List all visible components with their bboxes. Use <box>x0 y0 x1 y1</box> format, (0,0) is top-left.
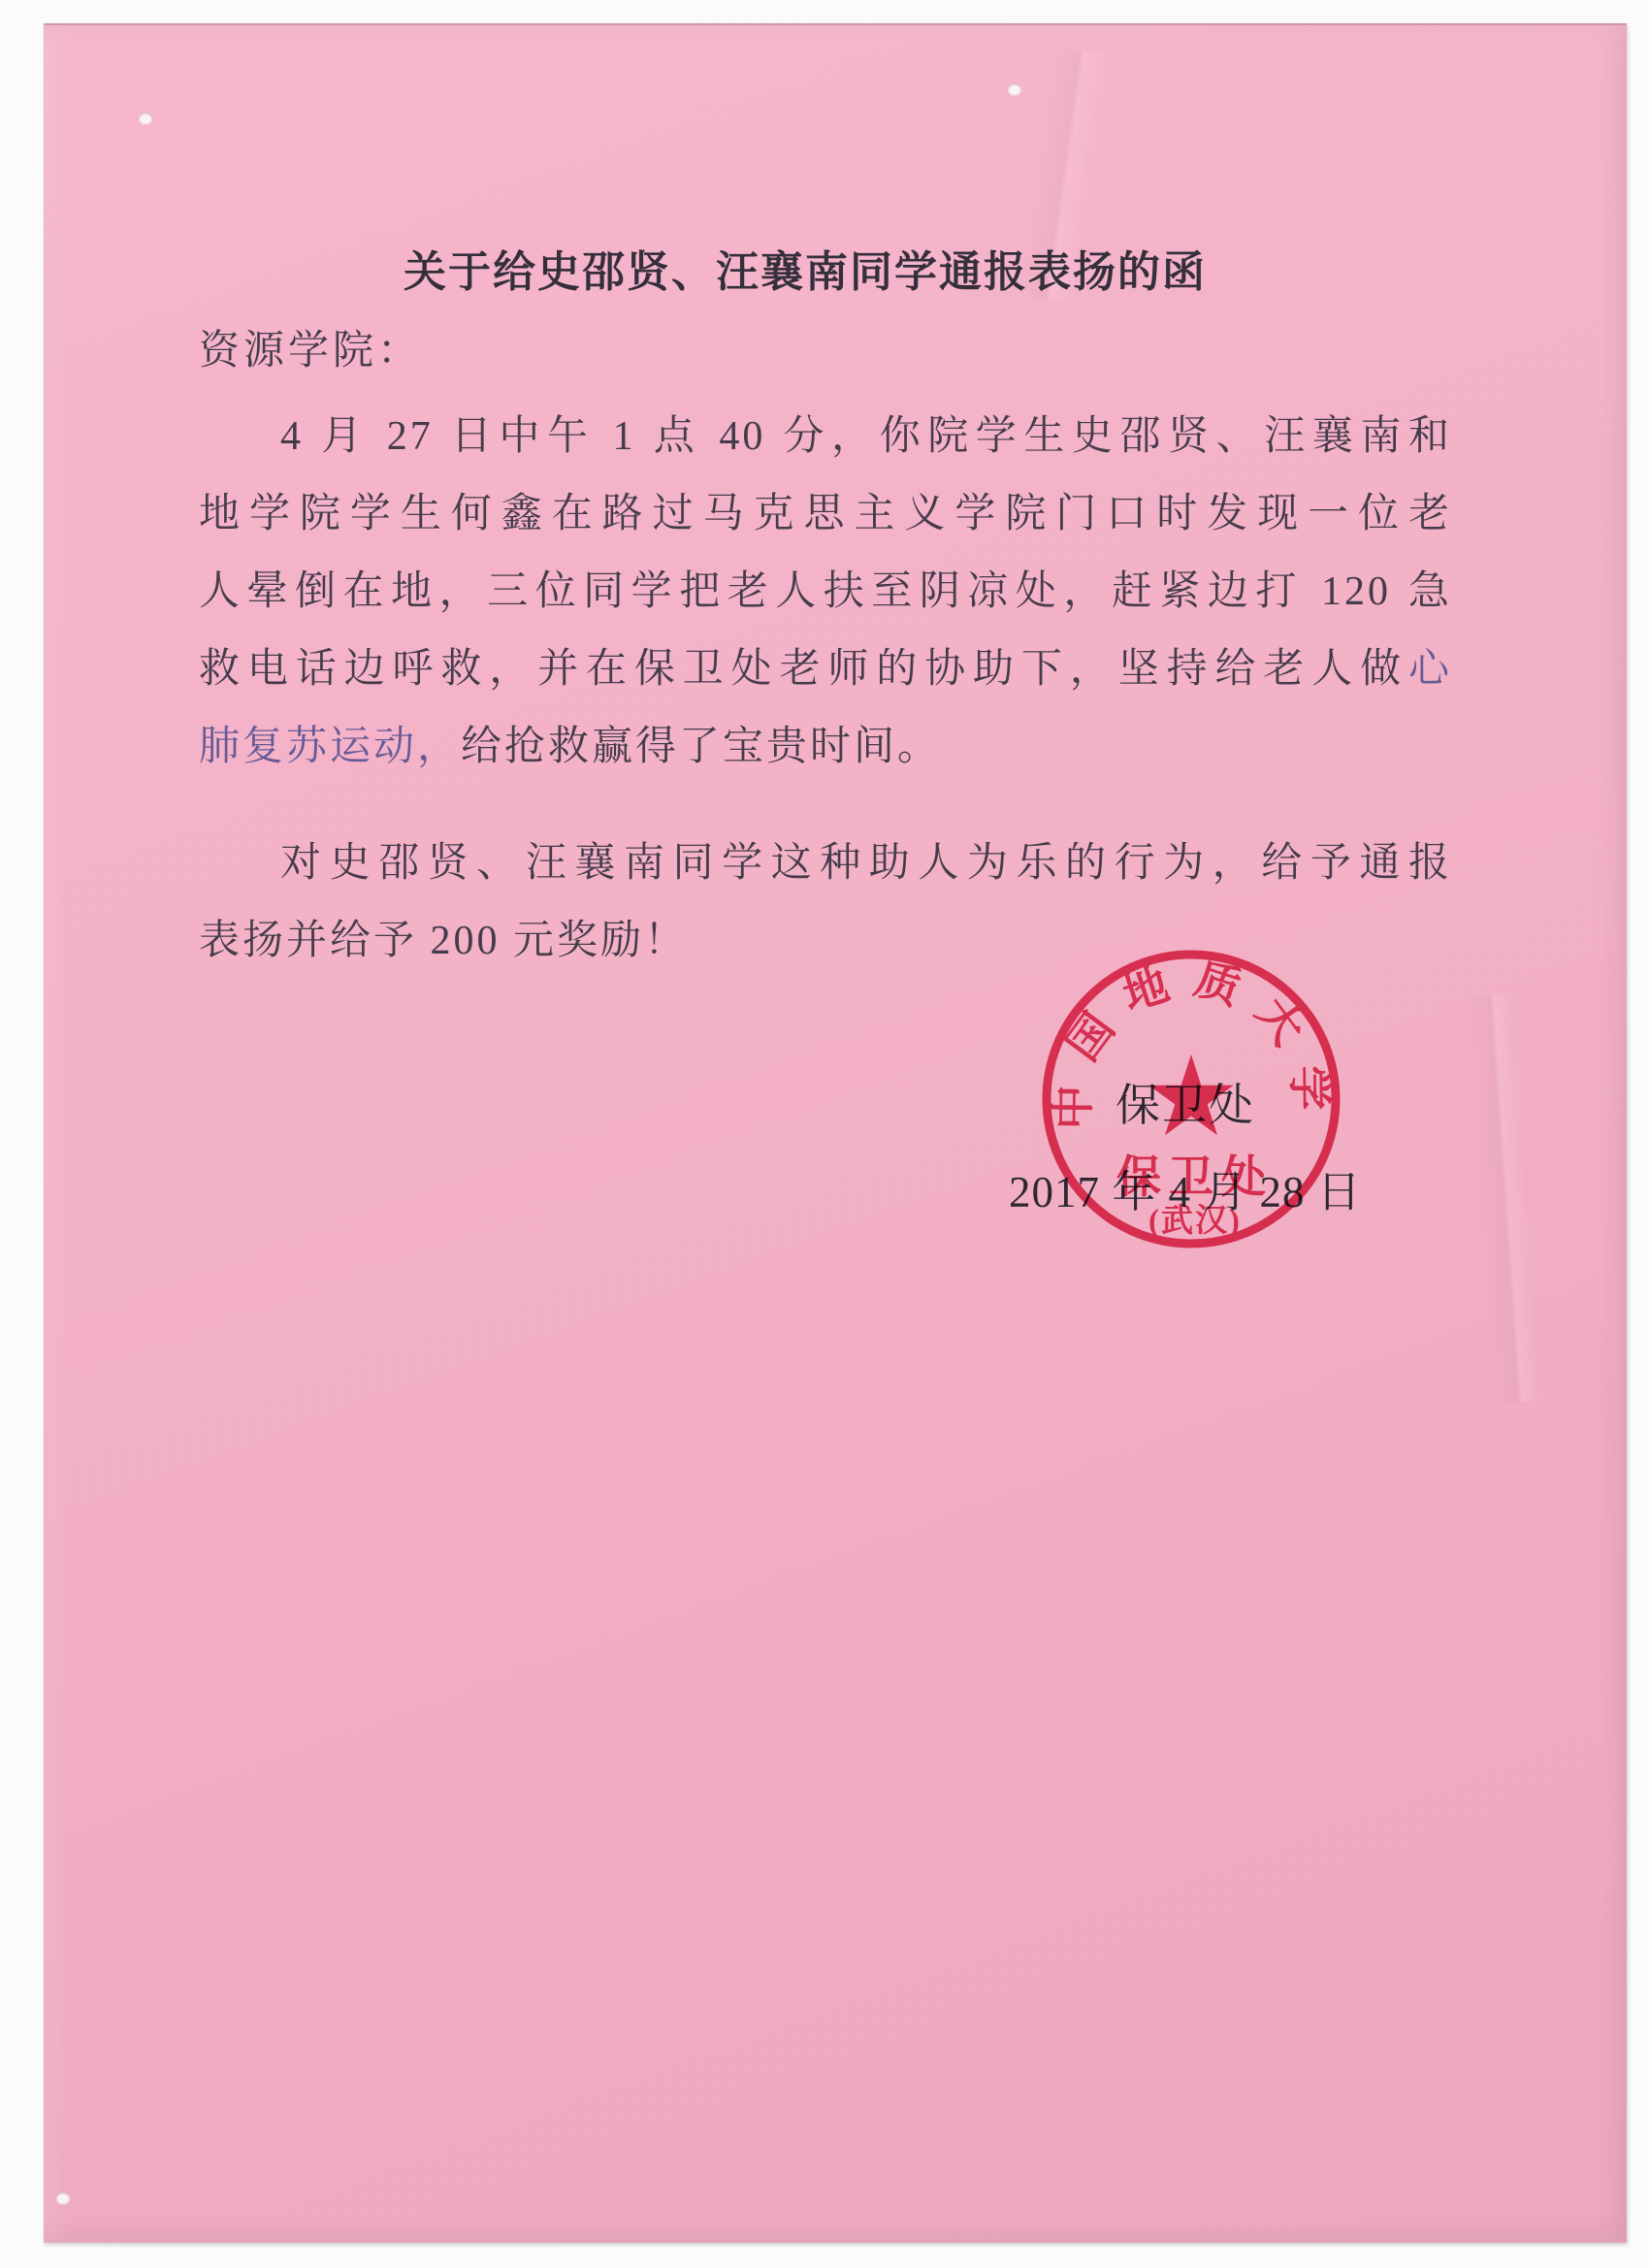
body-line: 肺复苏运动，给抢救赢得了宝贵时间。 <box>199 708 1452 786</box>
body-text-segment: 人晕倒在地，三位同学把老人扶至阴凉处，赶紧边打 120 急 <box>199 569 1452 614</box>
body-line: 人晕倒在地，三位同学把老人扶至阴凉处，赶紧边打 120 急 <box>199 553 1452 631</box>
seal-star-icon <box>1148 1054 1233 1135</box>
body-text-segment: 4 月 27 日中午 1 点 40 分，你院学生史邵贤、汪襄南和 <box>280 414 1452 459</box>
body-line: 救电话边呼救，并在保卫处老师的协助下，坚持给老人做心 <box>199 631 1452 708</box>
seal-city-text: (武汉) <box>1148 1203 1242 1239</box>
body-paragraph-1: 4 月 27 日中午 1 点 40 分，你院学生史邵贤、汪襄南和地学院学生何鑫在… <box>199 398 1452 786</box>
official-seal: 中国地质大学 保卫处 (武汉) <box>1036 944 1346 1254</box>
body-line: 4 月 27 日中午 1 点 40 分，你院学生史邵贤、汪襄南和 <box>199 398 1452 475</box>
body-text-segment: 对史邵贤、汪襄南同学这种助人为乐的行为，给予通报 <box>280 841 1452 886</box>
body-text-segment: 救电话边呼救，并在保卫处老师的协助下，坚持给老人做 <box>199 647 1408 692</box>
seal-department-text: 保卫处 <box>1116 1152 1274 1202</box>
body-line: 对史邵贤、汪襄南同学这种助人为乐的行为，给予通报 <box>199 825 1452 902</box>
punch-hole <box>56 2192 70 2204</box>
body-text-segment: 给抢救赢得了宝贵时间。 <box>461 725 941 769</box>
body-text-segment: 地学院学生何鑫在路过马克思主义学院门口时发现一位老 <box>199 492 1452 536</box>
document-title: 关于给史邵贤、汪襄南同学通报表扬的函 <box>155 237 1455 299</box>
punch-hole <box>1008 83 1021 95</box>
body-text-segment: 心 <box>1408 647 1452 692</box>
body-text-segment: 表扬并给予 200 元奖励！ <box>199 919 688 963</box>
salutation: 资源学院： <box>199 318 422 376</box>
body-text-segment: 肺复苏运动， <box>199 725 461 769</box>
punch-hole <box>139 113 152 124</box>
scanned-page: 关于给史邵贤、汪襄南同学通报表扬的函 资源学院： 4 月 27 日中午 1 点 … <box>0 0 1649 2268</box>
body-line: 地学院学生何鑫在路过马克思主义学院门口时发现一位老 <box>199 475 1452 553</box>
paper-crease <box>1465 994 1541 1404</box>
